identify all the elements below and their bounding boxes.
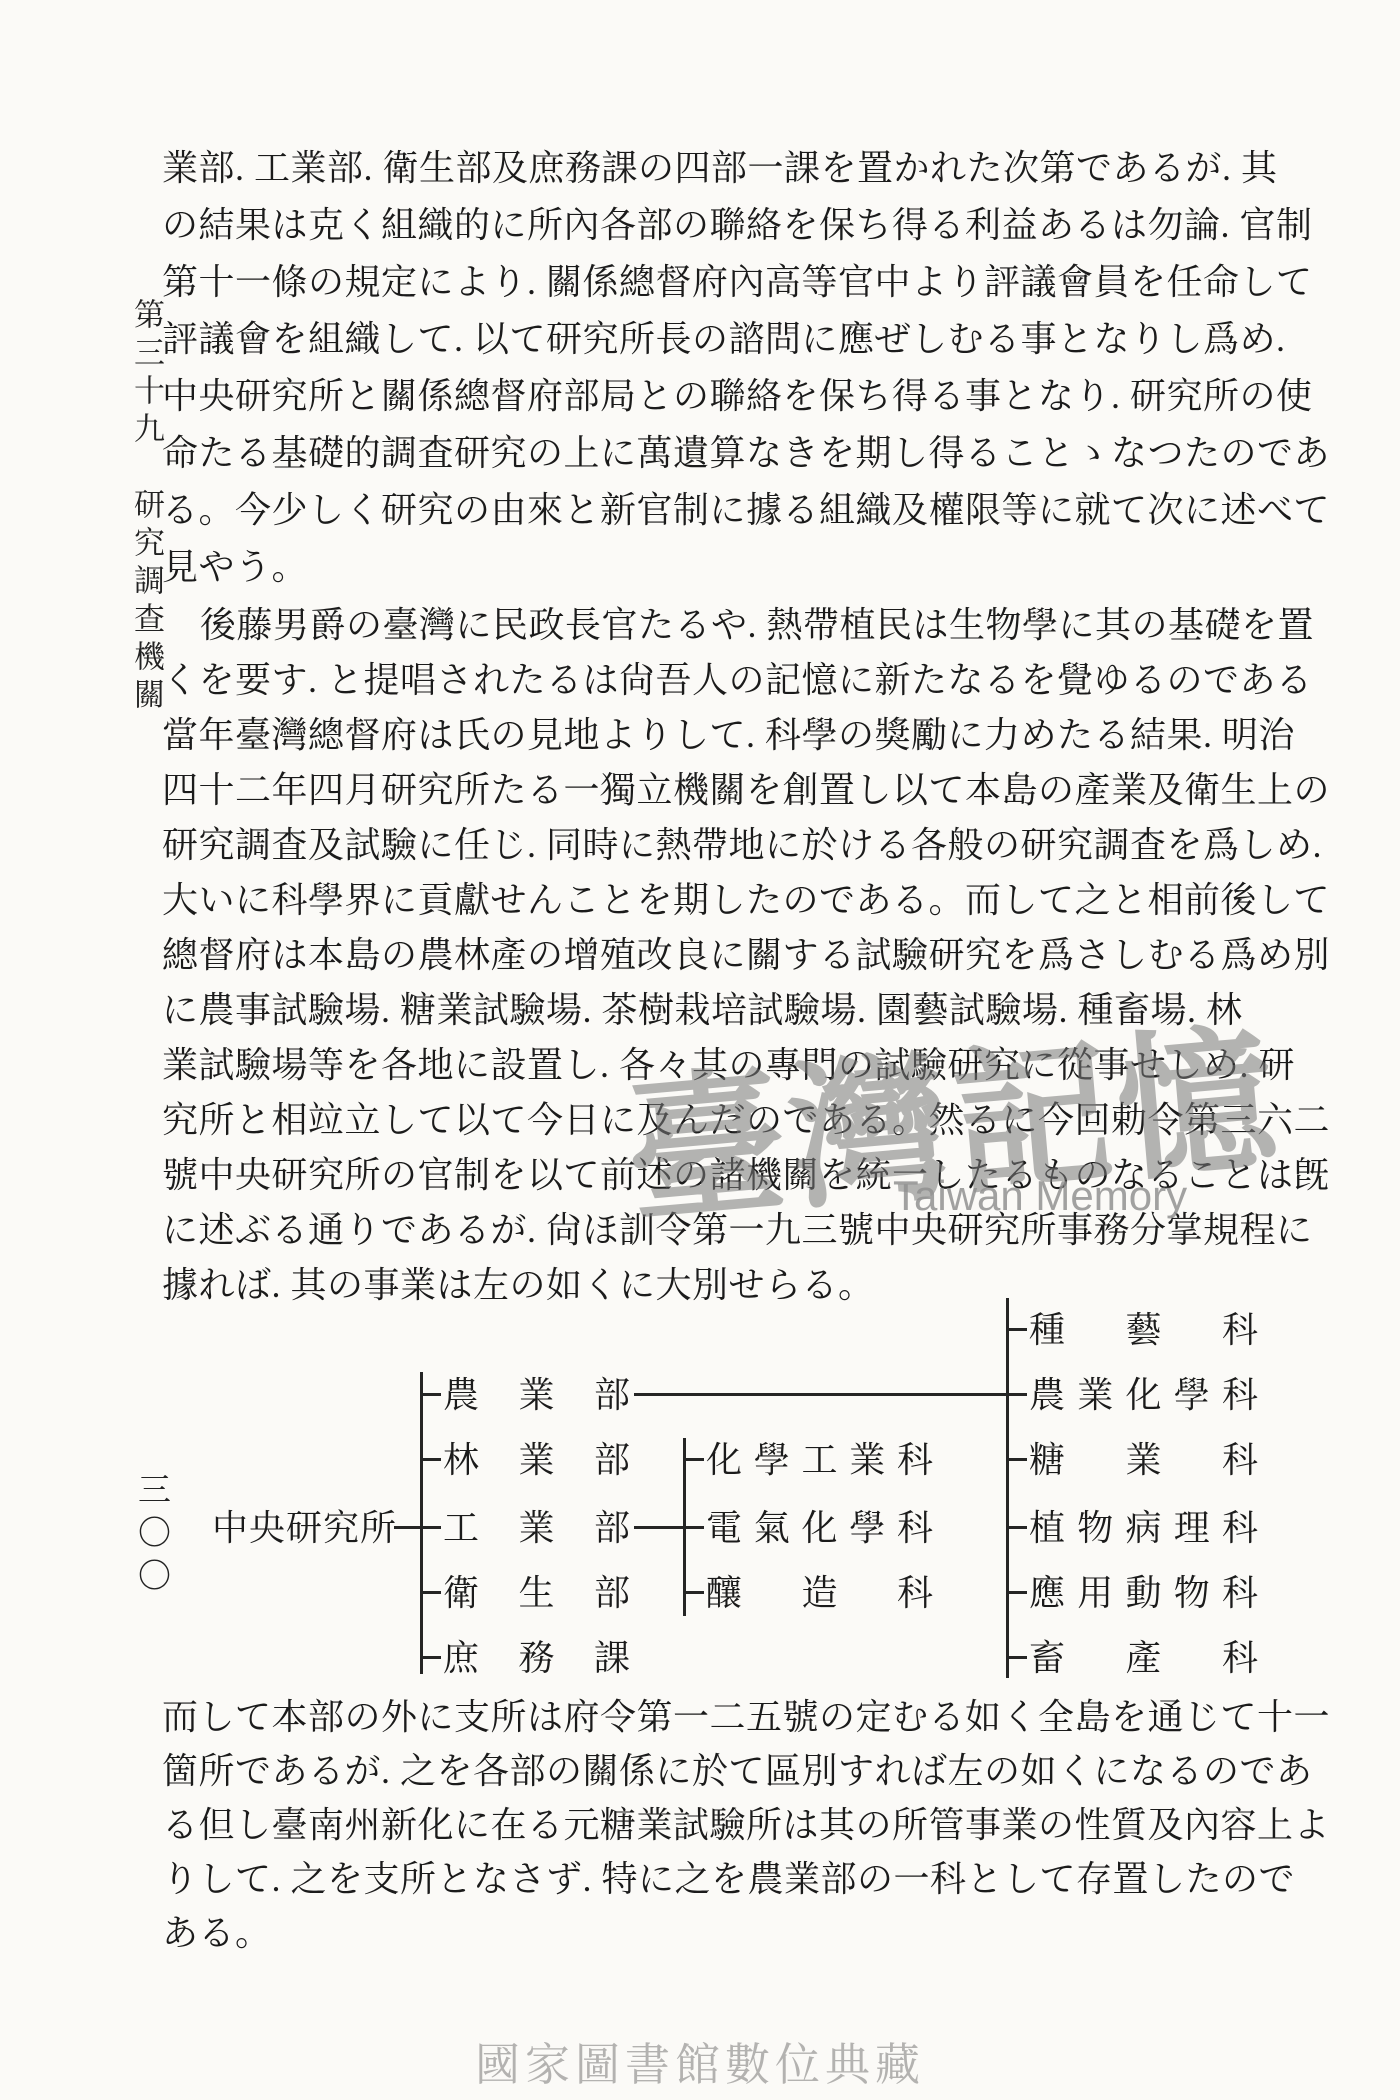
connector-tick [421, 1656, 441, 1659]
connector-tick [1007, 1526, 1027, 1529]
body-line: る但し臺南州新化に在る元糖業試驗所は其の所管事業の性質及內容上よ [162, 1798, 1330, 1852]
body-line: 評議會を組織して. 以て研究所長の諮問に應ぜしむる事となりし爲め. [162, 311, 1330, 368]
body-line: 命たる基礎的調査研究の上に萬遺算なきを期し得ることゝなつたのであ [162, 425, 1330, 482]
connector-tick [1007, 1458, 1027, 1461]
connector-bracket-departments [420, 1372, 423, 1674]
org-dept-label: 林業部 [443, 1438, 631, 1482]
connector-tick [1007, 1591, 1027, 1594]
org-dept-label: 工業部 [443, 1506, 631, 1550]
connector-tick [421, 1591, 441, 1594]
body-line: 四十二年四月研究所たる一獨立機關を創置し以て本島の產業及衛生上の [162, 763, 1330, 818]
connector-agriculture-line [634, 1393, 1008, 1396]
org-dept-label: 衛生部 [443, 1571, 631, 1615]
body-line: 中央研究所と關係總督府部局との聯絡を保ち得る事となり. 研究所の使 [162, 368, 1330, 425]
connector-tick [1007, 1393, 1027, 1396]
library-caption: 國家圖書館數位典藏 [0, 2028, 1400, 2093]
connector-tick [421, 1526, 441, 1529]
connector-tick [421, 1393, 441, 1396]
org-section-label: 種藝科 [1029, 1308, 1259, 1352]
connector-tick [421, 1458, 441, 1461]
body-line: 當年臺灣總督府は氏の見地よりして. 科學の獎勵に力めたる結果. 明治 [162, 708, 1330, 763]
connector-tick [1007, 1656, 1027, 1659]
body-line: 總督府は本島の農林產の增殖改良に關する試驗研究を爲さしむる爲め別 [162, 928, 1330, 983]
org-dept-label: 庶務課 [443, 1636, 631, 1680]
connector-tick [1007, 1328, 1027, 1331]
connector-tick [684, 1591, 704, 1594]
org-section-label: 應用動物科 [1029, 1571, 1259, 1615]
org-dept-label: 農業部 [443, 1373, 631, 1417]
connector-root-dash [394, 1526, 420, 1529]
body-line: 見やう。 [162, 539, 1330, 596]
org-section-label: 畜產科 [1029, 1636, 1259, 1680]
org-section-label: 植物病理科 [1029, 1506, 1259, 1550]
org-root-label: 中央研究所 [212, 1506, 397, 1550]
body-line: 後藤男爵の臺灣に民政長官たるや. 熱帶植民は生物學に其の基礎を置 [162, 598, 1330, 653]
scanned-book-page: 第三十九 研究調查機關 三〇〇 業部. 工業部. 衛生部及庶務課の四部一課を置か… [0, 0, 1400, 2100]
paragraph-1: 業部. 工業部. 衛生部及庶務課の四部一課を置かれた次第であるが. 其 の結果は… [162, 140, 1330, 596]
org-section-label: 釀造科 [706, 1571, 934, 1615]
body-line: ある。 [162, 1906, 1330, 1960]
body-line: くを要す. と提唱されたるは尙吾人の記憶に新たなるを覺ゆるのである [162, 653, 1330, 708]
body-line: 箇所であるが. 之を各部の關係に於て區別すれば左の如くになるのであ [162, 1744, 1330, 1798]
org-section-label: 電氣化學科 [706, 1506, 934, 1550]
body-line: 研究調査及試驗に任じ. 同時に熱帶地に於ける各般の研究調査を爲しめ. [162, 818, 1330, 873]
body-line: 第十一條の規定により. 關係總督府內高等官中より評議會員を任命して [162, 254, 1330, 311]
body-line: る。今少しく研究の由來と新官制に據る組織及權限等に就て次に述べて [162, 482, 1330, 539]
body-line: 業部. 工業部. 衛生部及庶務課の四部一課を置かれた次第であるが. 其 [162, 140, 1330, 197]
body-line: 而して本部の外に支所は府令第一二五號の定むる如く全島を通じて十一 [162, 1690, 1330, 1744]
connector-bracket-agriculture [1006, 1298, 1009, 1678]
connector-industry-dash [634, 1526, 683, 1529]
connector-tick [684, 1526, 704, 1529]
watermark-latin: Taiwan Memory [893, 1172, 1187, 1220]
connector-tick [684, 1458, 704, 1461]
page-number: 三〇〇 [128, 1472, 175, 1601]
paragraph-3: 而して本部の外に支所は府令第一二五號の定むる如く全島を通じて十一 箇所であるが.… [162, 1690, 1330, 1960]
body-line: 大いに科學界に貢獻せんことを期したのである。而して之と相前後して [162, 873, 1330, 928]
body-line: の結果は克く組織的に所內各部の聯絡を保ち得る利益あるは勿論. 官制 [162, 197, 1330, 254]
body-line: 據れば. 其の事業は左の如くに大別せらる。 [162, 1258, 1330, 1313]
org-section-label: 糖業科 [1029, 1438, 1259, 1482]
org-section-label: 化學工業科 [706, 1438, 934, 1482]
org-section-label: 農業化學科 [1029, 1373, 1259, 1417]
body-line: りして. 之を支所となさず. 特に之を農業部の一科として存置したので [162, 1852, 1330, 1906]
